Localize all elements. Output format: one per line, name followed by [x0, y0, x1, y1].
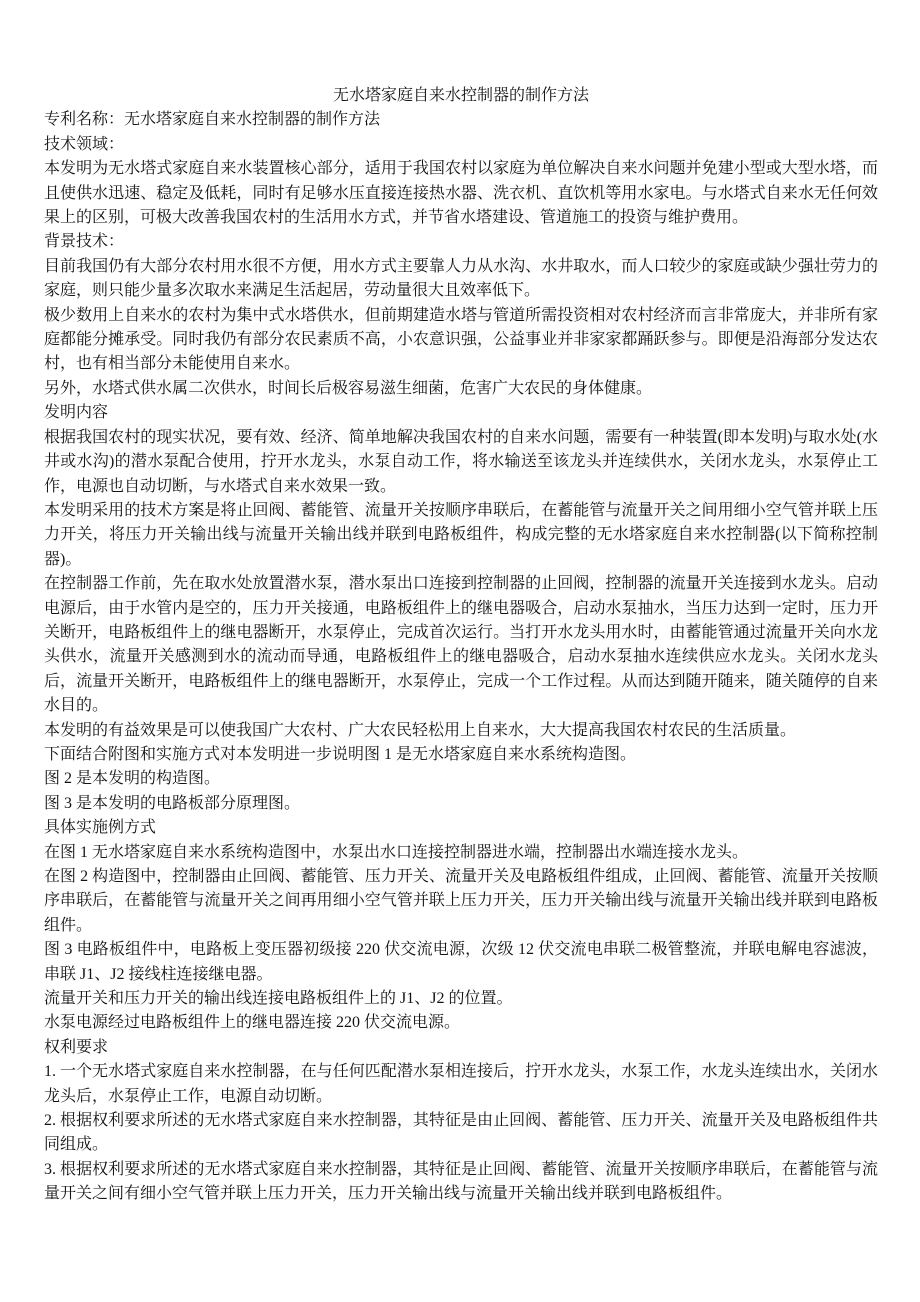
paragraph: 本发明采用的技术方案是将止回阀、蓄能管、流量开关按顺序串联后，在蓄能管与流量开关… — [44, 499, 878, 572]
paragraph: 水泵电源经过电路板组件上的继电器连接 220 伏交流电源。 — [44, 1011, 878, 1035]
document-body: 专利名称：无水塔家庭自来水控制器的制作方法技术领域：本发明为无水塔式家庭自来水装… — [44, 108, 878, 1206]
paragraph: 在图 1 无水塔家庭自来水系统构造图中，水泵出水口连接控制器进水端，控制器出水端… — [44, 841, 878, 865]
paragraph: 3. 根据权利要求所述的无水塔式家庭自来水控制器，其特征是止回阀、蓄能管、流量开… — [44, 1158, 878, 1207]
paragraph: 在控制器工作前，先在取水处放置潜水泵，潜水泵出口连接到控制器的止回阀，控制器的流… — [44, 572, 878, 718]
paragraph: 极少数用上自来水的农村为集中式水塔供水，但前期建造水塔与管道所需投资相对农村经济… — [44, 304, 878, 377]
patent-document-page: 无水塔家庭自来水控制器的制作方法 专利名称：无水塔家庭自来水控制器的制作方法技术… — [0, 0, 920, 1302]
paragraph: 流量开关和压力开关的输出线连接电路板组件上的 J1、J2 的位置。 — [44, 987, 878, 1011]
section-heading: 具体实施例方式 — [44, 816, 878, 840]
paragraph: 专利名称：无水塔家庭自来水控制器的制作方法 — [44, 108, 878, 132]
paragraph: 图 3 电路板组件中，电路板上变压器初级接 220 伏交流电源，次级 12 伏交… — [44, 938, 878, 987]
section-heading: 技术领域： — [44, 133, 878, 157]
section-heading: 权利要求 — [44, 1036, 878, 1060]
paragraph: 图 3 是本发明的电路板部分原理图。 — [44, 792, 878, 816]
paragraph: 根据我国农村的现实状况，要有效、经济、简单地解决我国农村的自来水问题，需要有一种… — [44, 426, 878, 499]
paragraph: 下面结合附图和实施方式对本发明进一步说明图 1 是无水塔家庭自来水系统构造图。 — [44, 743, 878, 767]
paragraph: 2. 根据权利要求所述的无水塔式家庭自来水控制器，其特征是由止回阀、蓄能管、压力… — [44, 1109, 878, 1158]
paragraph: 本发明的有益效果是可以使我国广大农村、广大农民轻松用上自来水，大大提高我国农村农… — [44, 719, 878, 743]
section-heading: 发明内容 — [44, 401, 878, 425]
paragraph: 图 2 是本发明的构造图。 — [44, 767, 878, 791]
paragraph: 在图 2 构造图中，控制器由止回阀、蓄能管、压力开关、流量开关及电路板组件组成，… — [44, 865, 878, 938]
paragraph: 目前我国仍有大部分农村用水很不方便，用水方式主要靠人力从水沟、水井取水，而人口较… — [44, 255, 878, 304]
paragraph: 另外，水塔式供水属二次供水，时间长后极容易滋生细菌，危害广大农民的身体健康。 — [44, 377, 878, 401]
paragraph: 本发明为无水塔式家庭自来水装置核心部分，适用于我国农村以家庭为单位解决自来水问题… — [44, 157, 878, 230]
section-heading: 背景技术： — [44, 230, 878, 254]
document-title: 无水塔家庭自来水控制器的制作方法 — [44, 84, 878, 108]
paragraph: 1. 一个无水塔式家庭自来水控制器，在与任何匹配潜水泵相连接后，拧开水龙头，水泵… — [44, 1060, 878, 1109]
